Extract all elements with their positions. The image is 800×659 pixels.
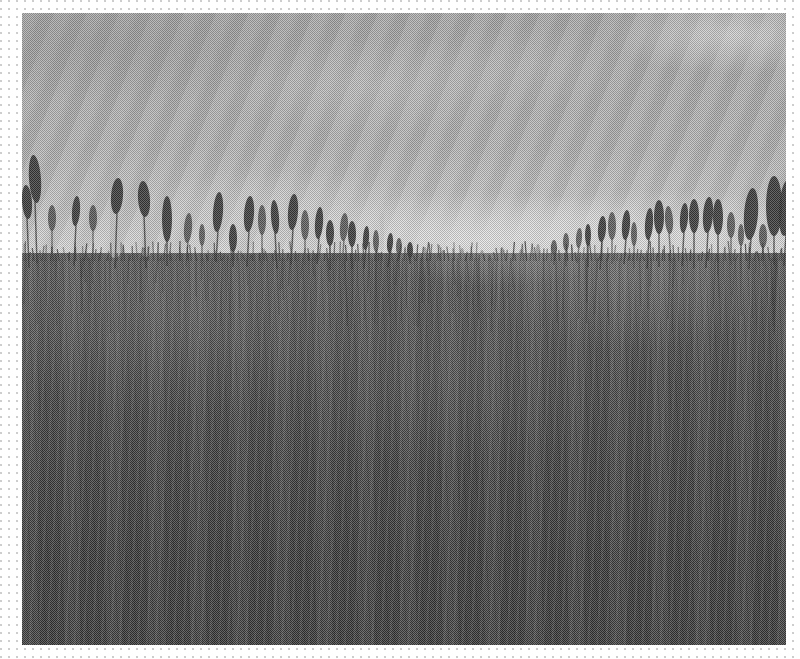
field-photograph — [22, 13, 786, 645]
scanned-page — [0, 0, 800, 659]
field-foreground — [22, 253, 786, 645]
sky — [22, 13, 786, 256]
